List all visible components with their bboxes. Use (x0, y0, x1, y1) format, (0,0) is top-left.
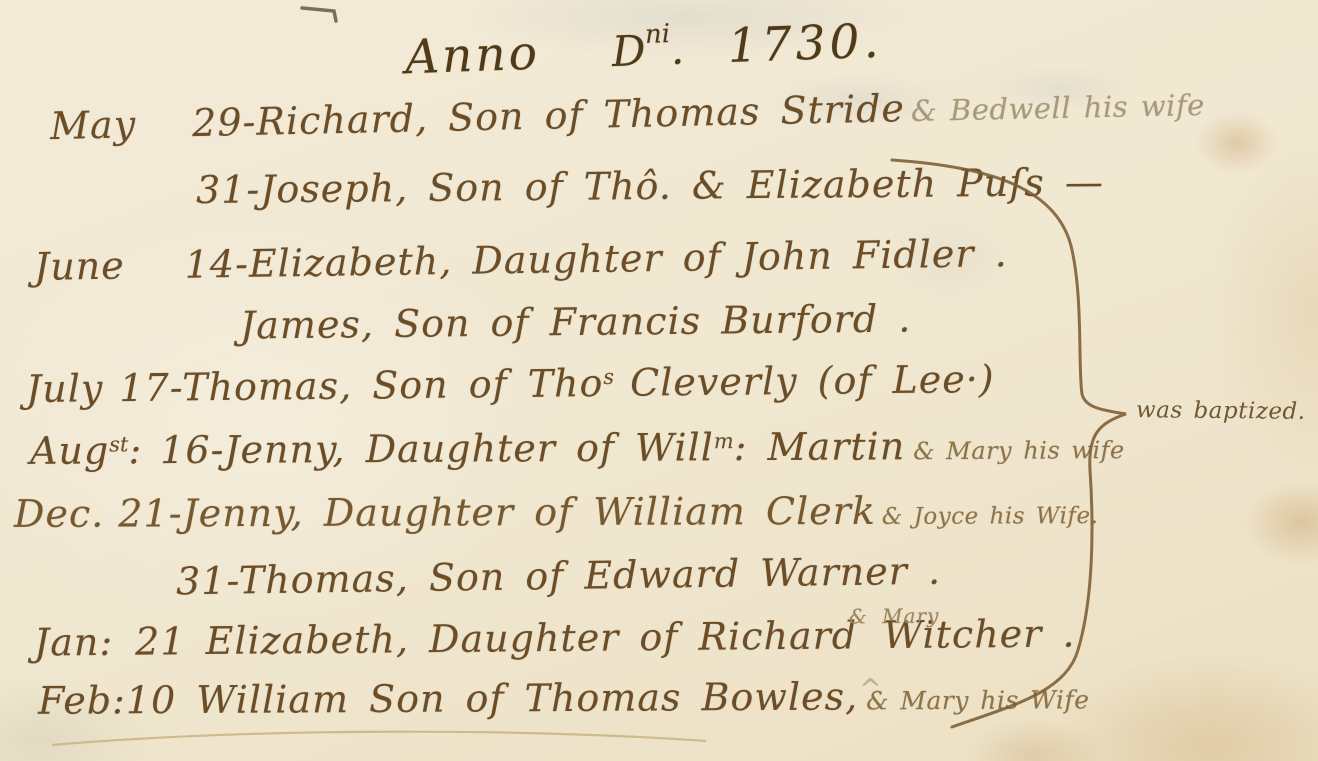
entry-month: Feb: (38, 678, 126, 722)
register-entry: Feb:10 William Son of Thomas Bowles,& Ma… (38, 673, 1090, 723)
heading-year: 1730. (727, 14, 883, 74)
entry-text: 21 Elizabeth, Daughter of Richard (135, 613, 857, 663)
entry-month: June (34, 244, 125, 289)
heading-abbr-sup: ni (644, 19, 670, 50)
entry-text-cont: : Martin (734, 424, 906, 469)
register-entry: May29-Richard, Son of Thomas Stride& Bed… (50, 80, 1205, 148)
register-entry: July17-Thomas, Son of ThosCleverly (of L… (26, 357, 995, 411)
entry-text: 29-Richard, Son of Thomas Stride (192, 86, 906, 145)
register-entry: James, Son of Francis Burford . (240, 296, 912, 347)
entry-addendum: & Mary his wife (913, 436, 1125, 465)
register-entry: Augst:16-Jenny, Daughter of Willm: Marti… (30, 423, 1125, 473)
register-entry: June14-Elizabeth, Daughter of John Fidle… (34, 231, 1008, 289)
heading-anno: Anno (404, 26, 541, 86)
heading-abbr-dot: . (670, 25, 685, 74)
baptized-annotation: was baptized. (1136, 397, 1306, 425)
entry-text: 17-Thomas, Son of Tho (119, 361, 604, 410)
entry-month: Dec. (14, 492, 104, 536)
register-entry: Dec.21-Jenny, Daughter of William Clerk&… (14, 488, 1098, 536)
register-entry: 31-Thomas, Son of Edward Warner . (176, 549, 942, 604)
inserted-text: & Mary (849, 604, 940, 629)
entry-superscript: s (603, 365, 614, 389)
entry-superscript: m (714, 429, 734, 453)
register-entry: Jan:21 Elizabeth, Daughter of Richard& M… (34, 611, 1076, 664)
entry-month: May (50, 102, 137, 148)
entry-text: 16-Jenny, Daughter of Will (160, 425, 714, 472)
entry-addendum: & Mary his Wife (866, 685, 1090, 715)
underline-mark (52, 732, 706, 745)
heading-abbr: Dni. (611, 25, 685, 76)
entry-text-cont: Cleverly (of Lee·) (630, 357, 995, 405)
register-page: AnnoDni.1730. May29-Richard, Son of Thom… (0, 0, 1318, 761)
year-heading: AnnoDni.1730. (404, 12, 883, 86)
entry-month-superscript: st (109, 432, 128, 456)
entry-addendum: & Bedwell his wife (911, 88, 1206, 128)
heading-abbr-base: D (611, 26, 646, 76)
entry-text: 10 William Son of Thomas Bowles, (126, 674, 858, 722)
entry-month: July (26, 366, 104, 411)
entry-text: 31-Thomas, Son of Edward Warner . (176, 549, 942, 604)
entry-text: 14-Elizabeth, Daughter of John Fidler . (184, 231, 1008, 286)
entry-text: 21-Jenny, Daughter of William Clerk (118, 489, 876, 536)
entry-text: 31-Joseph, Son of Thô. & Elizabeth Puſs … (196, 160, 1104, 212)
entry-addendum: & Joyce his Wife. (882, 503, 1099, 530)
entry-text: James, Son of Francis Burford . (240, 296, 912, 347)
entry-month: Jan: (34, 620, 114, 665)
entry-month: Aug (30, 428, 109, 472)
register-entry: 31-Joseph, Son of Thô. & Elizabeth Puſs … (196, 160, 1104, 212)
entry-month-colon: : (128, 428, 142, 472)
corner-ink-mark (302, 8, 336, 21)
